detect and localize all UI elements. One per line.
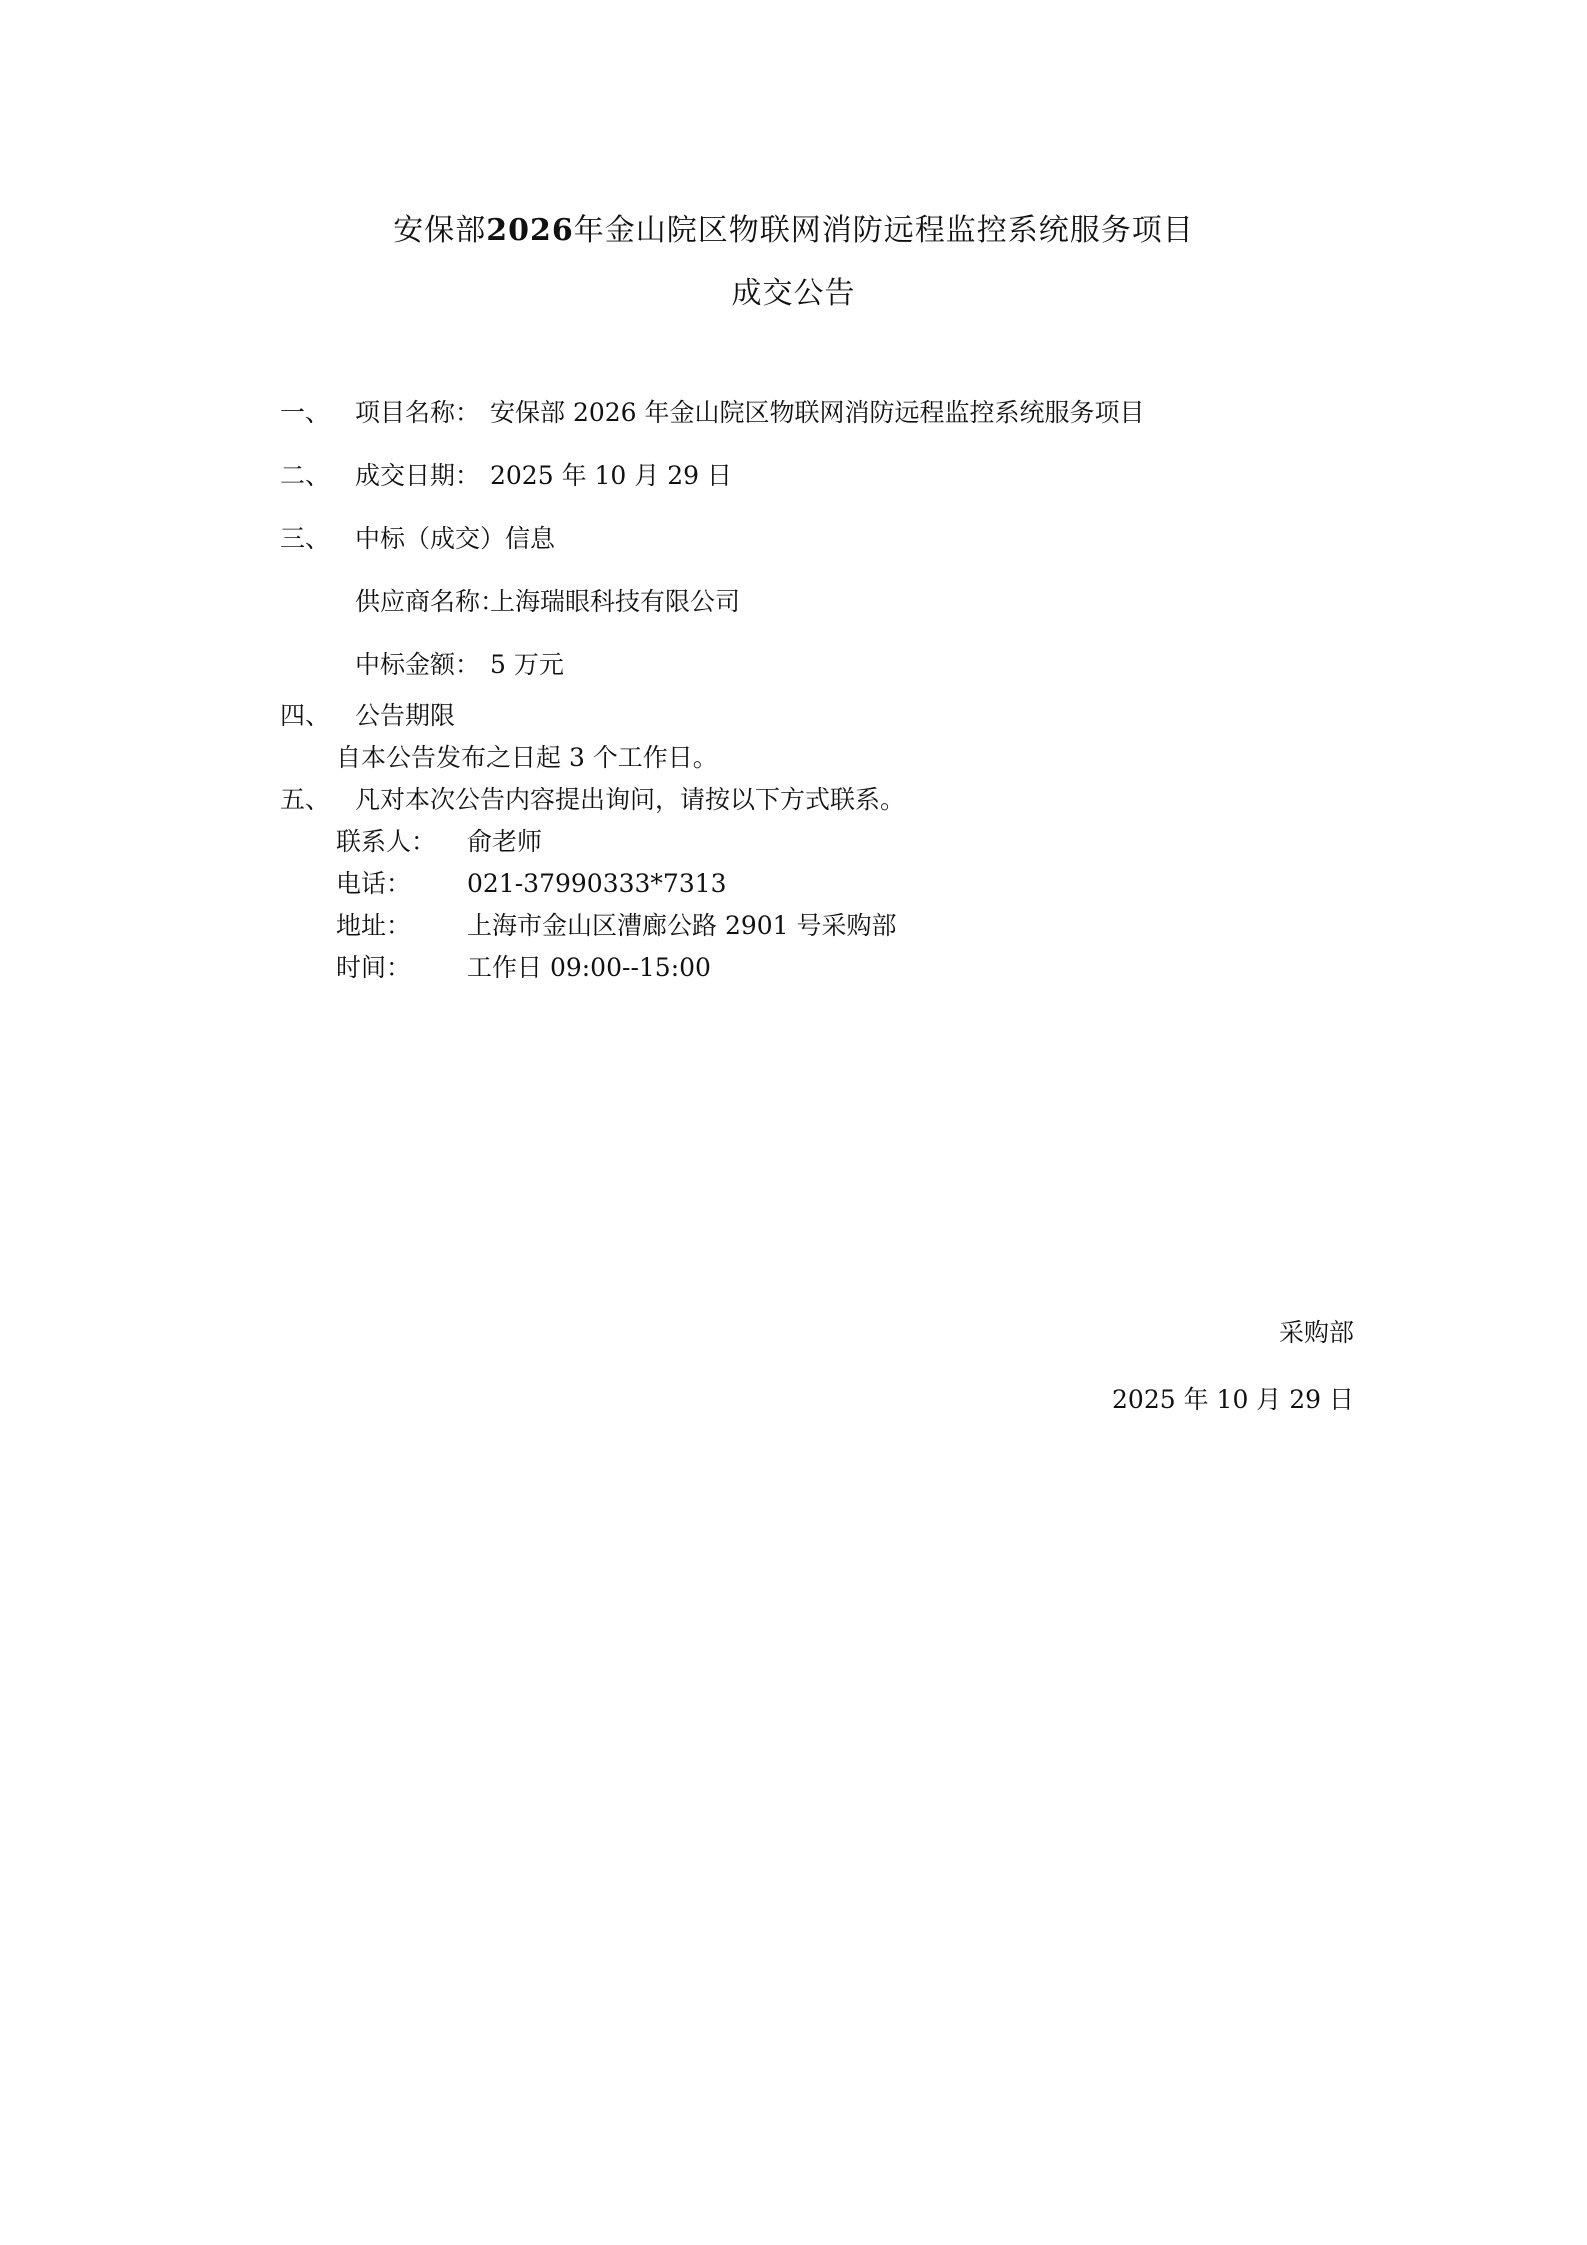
section-label: 公告期限 — [355, 700, 455, 732]
notice-period-text: 自本公告发布之日起 3 个工作日。 — [336, 742, 718, 774]
title-prefix: 安保部 — [393, 213, 486, 248]
supplier-label: 供应商名称： — [355, 586, 505, 618]
document-title: 安保部2026年金山院区物联网消防远程监控系统服务项目 — [0, 205, 1587, 249]
document-subtitle: 成交公告 — [0, 268, 1587, 312]
contact-label: 联系人： — [336, 826, 436, 858]
section-number: 三、 — [280, 523, 330, 555]
section-number: 五、 — [280, 784, 330, 816]
contact-value: 俞老师 — [467, 826, 542, 858]
contact-value: 上海市金山区漕廊公路 2901 号采购部 — [467, 910, 897, 942]
section-label: 项目名称： — [355, 397, 480, 429]
contact-label: 电话： — [336, 868, 411, 900]
deal-date-value: 2025 年 10 月 29 日 — [490, 460, 732, 492]
amount-value: 5 万元 — [490, 649, 564, 681]
section-number: 二、 — [280, 460, 330, 492]
contact-label: 时间： — [336, 952, 411, 984]
section-label: 成交日期： — [355, 460, 480, 492]
section-label: 中标（成交）信息 — [355, 523, 555, 555]
document-page: 安保部2026年金山院区物联网消防远程监控系统服务项目 成交公告 一、 项目名称… — [0, 0, 1587, 2245]
supplier-value: 上海瑞眼科技有限公司 — [490, 586, 740, 618]
section-number: 四、 — [280, 700, 330, 732]
section-label: 凡对本次公告内容提出询问，请按以下方式联系。 — [355, 784, 905, 816]
signature-department: 采购部 — [1279, 1313, 1354, 1349]
contact-value: 021-37990333*7313 — [467, 868, 727, 900]
project-name-value: 安保部 2026 年金山院区物联网消防远程监控系统服务项目 — [490, 397, 1145, 429]
title-year: 2026 — [486, 213, 574, 248]
section-number: 一、 — [280, 397, 330, 429]
contact-value: 工作日 09:00--15:00 — [467, 952, 711, 984]
contact-label: 地址： — [336, 910, 411, 942]
title-rest: 年金山院区物联网消防远程监控系统服务项目 — [574, 213, 1194, 248]
signature-date: 2025 年 10 月 29 日 — [1112, 1380, 1354, 1416]
amount-label: 中标金额： — [355, 649, 480, 681]
